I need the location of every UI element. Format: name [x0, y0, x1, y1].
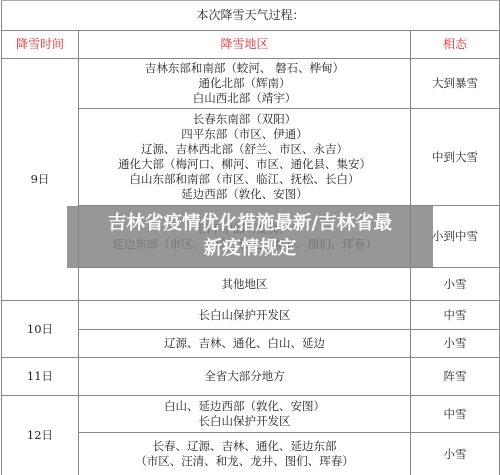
area-line: 辽源、吉林西北部（舒兰、市区、永吉）	[81, 142, 408, 157]
phase-cell: 小雪	[411, 268, 500, 301]
area-cell: 长春东南部（双阳） 四平东部（市区、伊通） 辽源、吉林西北部（舒兰、市区、永吉）…	[79, 109, 411, 206]
area-cell: 辽源、吉林、通化、白山、延边	[79, 330, 411, 358]
area-line: 通化大部（梅河口、柳河、市区、通化县、集安）	[81, 157, 408, 172]
phase-cell: 中雪	[411, 396, 500, 433]
area-line: 白山东部和南部（市区、临江、抚松、长白）	[81, 172, 408, 187]
area-cell: 长春、辽源、吉林、通化、延边东部 （市区、汪清、和龙、龙井、图们、珲春）	[79, 433, 411, 475]
area-line: 四平东部（市区、伊通）	[81, 127, 408, 142]
headline-overlay: 吉林省疫情优化措施最新/吉林省最 新疫情规定	[67, 206, 433, 268]
headline-line-1: 吉林省疫情优化措施最新/吉林省最	[67, 211, 433, 236]
phase-cell: 阵雪	[411, 358, 500, 396]
header-time: 降雪时间	[2, 31, 79, 59]
area-line: 白山西北部（靖宇）	[81, 91, 408, 106]
area-line: 吉林东部和南部（蛟河、 磐石、桦甸）	[81, 61, 408, 76]
area-line: 长春、辽源、吉林、通化、延边东部	[81, 439, 408, 454]
area-line: 通化北部（辉南）	[81, 76, 408, 91]
area-line: 白山、延边西部（敦化、安图）	[81, 399, 408, 414]
area-cell: 长白山保护开发区	[79, 301, 411, 330]
phase-cell: 大到暴雪	[411, 59, 500, 109]
phase-cell: 中雪	[411, 301, 500, 330]
header-area: 降雪地区	[79, 31, 411, 59]
phase-cell: 小雪	[411, 433, 500, 475]
table-title: 本次降雪天气过程：	[2, 1, 500, 31]
area-line: 长春东南部（双阳）	[81, 112, 408, 127]
phase-cell: 中到大雪	[411, 109, 500, 206]
area-line: 长白山保护开发区	[81, 414, 408, 429]
date-cell: 11日	[2, 358, 79, 396]
area-cell: 白山、延边西部（敦化、安图） 长白山保护开发区	[79, 396, 411, 433]
headline-line-2: 新疫情规定	[67, 236, 433, 261]
date-cell: 12日	[2, 396, 79, 475]
header-phase: 相态	[411, 31, 500, 59]
area-line: 延边西部（敦化、安图）	[81, 187, 408, 202]
area-line: （市区、汪清、和龙、龙井、图们、珲春）	[81, 454, 408, 469]
area-cell: 吉林东部和南部（蛟河、 磐石、桦甸） 通化北部（辉南） 白山西北部（靖宇）	[79, 59, 411, 109]
area-cell: 全省大部分地方	[79, 358, 411, 396]
date-cell: 10日	[2, 301, 79, 358]
area-cell: 其他地区	[79, 268, 411, 301]
phase-cell: 小雪	[411, 330, 500, 358]
